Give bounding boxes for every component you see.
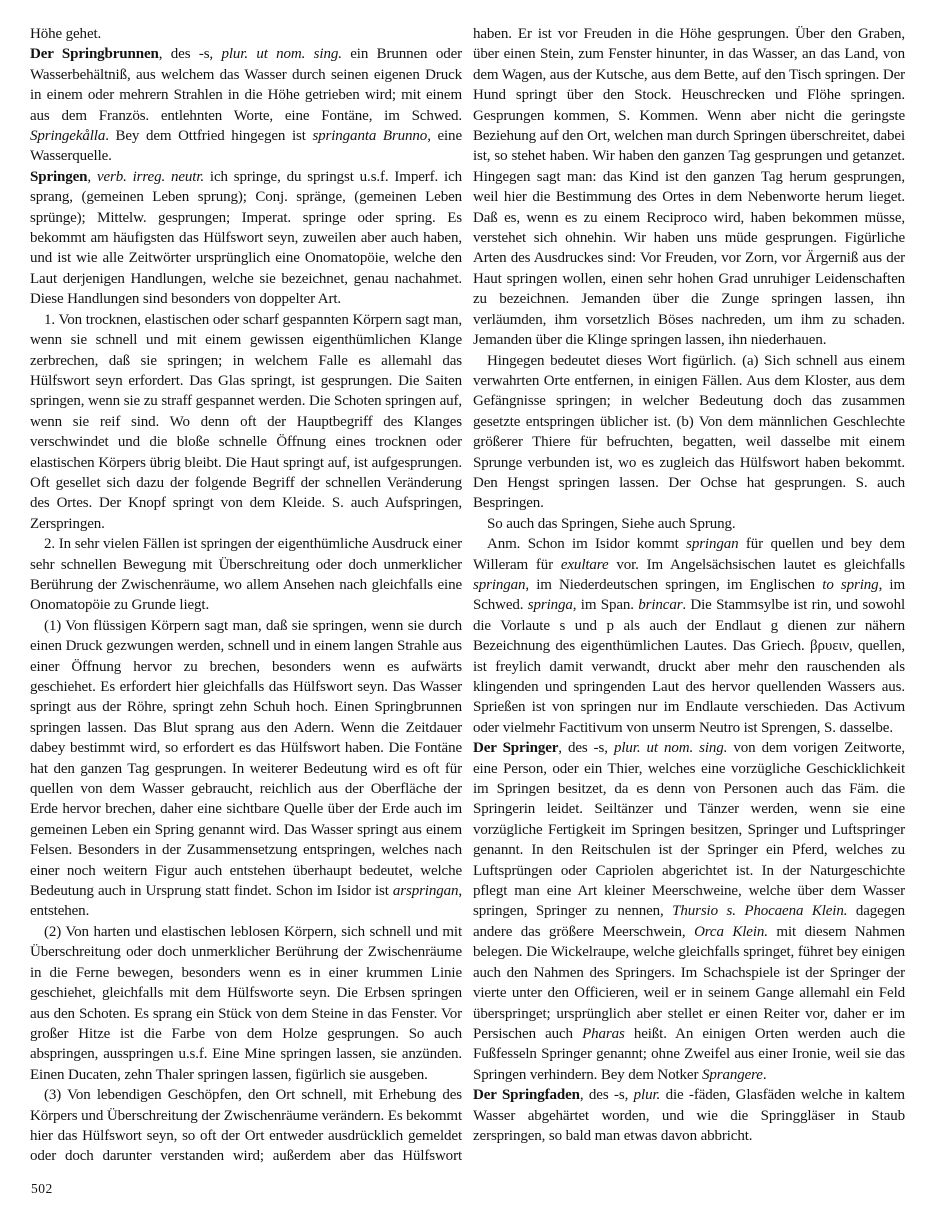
dictionary-page: Höhe gehet.Der Springbrunnen, des -s, pl… <box>0 0 935 1210</box>
italic-run: arspringan <box>393 883 458 899</box>
text-run: , <box>87 169 97 185</box>
headword: Der Springfaden <box>473 1087 580 1103</box>
sense-so-auch: So auch das Springen, Siehe auch Sprung. <box>473 514 905 534</box>
anmerkung: Anm. Schon im Isidor kommt springan für … <box>473 534 905 738</box>
text-run: (2) Von harten und elastischen leblosen … <box>30 924 462 1083</box>
italic-run: to spring <box>822 577 878 593</box>
italic-run: brincar <box>638 597 682 613</box>
sense-2-2: (2) Von harten und elastischen leblosen … <box>30 922 462 1085</box>
text-run: . Die Stammsylbe ist rin, und sowohl die… <box>473 597 905 735</box>
text-run: von dem vorigen Zeitworte, eine Person, … <box>473 740 905 919</box>
italic-run: Sprangere <box>702 1067 763 1083</box>
sense-2-1: (1) Von flüssigen Körpern sagt man, daß … <box>30 616 462 922</box>
text-run: , im Niederdeutschen springen, im Englis… <box>525 577 822 593</box>
italic-run: plur. ut nom. sing. <box>221 46 341 62</box>
text-run: Hingegen bedeutet dieses Wort figürlich.… <box>473 353 905 512</box>
entry-springfaden: Der Springfaden, des -s, plur. die -fäde… <box>473 1085 905 1146</box>
text-run: , des -s, <box>580 1087 634 1103</box>
entry-springer: Der Springer, des -s, plur. ut nom. sing… <box>473 738 905 1085</box>
italic-run: Springekålla <box>30 128 105 144</box>
italic-run: Pharas <box>582 1026 625 1042</box>
italic-run: plur. ut nom. sing. <box>614 740 727 756</box>
text-run: (1) Von flüssigen Körpern sagt man, daß … <box>30 618 462 899</box>
headword: Der Springbrunnen <box>30 46 159 62</box>
entry-springen: Springen, verb. irreg. neutr. ich spring… <box>30 167 462 310</box>
italic-run: springa <box>528 597 573 613</box>
sense-1: 1. Von trocknen, elastischen oder scharf… <box>30 310 462 534</box>
italic-run: exultare <box>561 557 609 573</box>
text-run: . <box>763 1067 767 1083</box>
italic-run: springan <box>473 577 525 593</box>
sense-2: 2. In sehr vielen Fällen ist springen de… <box>30 534 462 616</box>
text-run: 1. Von trocknen, elastischen oder scharf… <box>30 312 462 532</box>
text-run: , des -s, <box>558 740 614 756</box>
italic-run: springan <box>686 536 738 552</box>
headword: Der Springer <box>473 740 558 756</box>
sense-figurative: Hingegen bedeutet dieses Wort figürlich.… <box>473 351 905 514</box>
text-run: 2. In sehr vielen Fällen ist springen de… <box>30 536 462 613</box>
text-run: Anm. Schon im Isidor kommt <box>487 536 686 552</box>
entry-springbrunnen: Der Springbrunnen, des -s, plur. ut nom.… <box>30 44 462 166</box>
italic-run: Orca Klein. <box>694 924 768 940</box>
text-run: , im Span. <box>573 597 638 613</box>
italic-run: verb. irreg. neutr. <box>97 169 204 185</box>
italic-run: plur. <box>634 1087 661 1103</box>
text-run: vor. Im Angelsächsischen lautet es gleic… <box>609 557 906 573</box>
italic-run: Thursio s. Phocaena Klein. <box>672 903 847 919</box>
text-run: . Bey dem Ottfried hingegen ist <box>105 128 312 144</box>
text-run: Höhe gehet. <box>30 26 101 42</box>
text-run: mit diesem Nahmen belegen. Die Wickelrau… <box>473 924 905 1042</box>
fragment-hoehe-gehet: Höhe gehet. <box>30 24 462 44</box>
text-run: So auch das Springen, Siehe auch Sprung. <box>487 516 736 532</box>
page-number: 502 <box>31 1181 53 1197</box>
text-run: , des -s, <box>159 46 222 62</box>
headword: Springen <box>30 169 87 185</box>
text-run: ich springe, du springst u.s.f. Imperf. … <box>30 169 462 307</box>
dictionary-text-columns: Höhe gehet.Der Springbrunnen, des -s, pl… <box>30 24 905 1176</box>
italic-run: springanta Brunno <box>312 128 427 144</box>
